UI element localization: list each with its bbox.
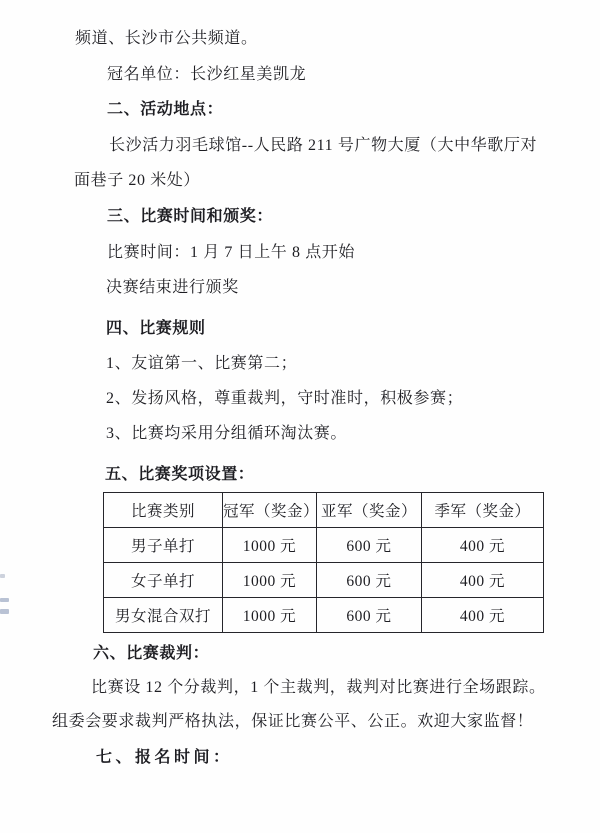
line-award-ceremony: 决赛结束进行颁奖: [106, 279, 239, 297]
prize-table-header-row: 比赛类别 冠军（奖金） 亚军（奖金） 季军（奖金）: [104, 493, 544, 528]
heading-time-awards: 三、比赛时间和颁奖：: [107, 208, 273, 226]
heading-referees: 六、比赛裁判：: [93, 645, 209, 663]
line-rule-1: 1、友谊第一、比赛第二；: [106, 355, 297, 373]
heading-registration-time: 七、报名时间：: [96, 749, 233, 767]
table-row: 女子单打 1000 元 600 元 400 元: [104, 563, 544, 598]
line-venue-2: 面巷子 20 米处）: [74, 172, 200, 190]
table-cell: 400 元: [422, 598, 544, 633]
table-cell: 1000 元: [223, 598, 317, 633]
table-cell: 男子单打: [104, 528, 223, 563]
table-header-cell: 冠军（奖金）: [223, 493, 317, 528]
heading-prizes: 五、比赛奖项设置：: [105, 466, 254, 484]
table-row: 男女混合双打 1000 元 600 元 400 元: [104, 598, 544, 633]
table-cell: 1000 元: [223, 528, 317, 563]
line-channel: 频道、长沙市公共频道。: [75, 30, 258, 48]
line-match-time: 比赛时间：1 月 7 日上午 8 点开始: [107, 244, 355, 262]
table-header-cell: 比赛类别: [104, 493, 223, 528]
scan-artifact: [0, 609, 9, 614]
scanned-document-page: 频道、长沙市公共频道。 冠名单位：长沙红星美凯龙 二、活动地点： 长沙活力羽毛球…: [0, 0, 600, 833]
table-cell: 600 元: [317, 528, 422, 563]
heading-venue: 二、活动地点：: [107, 101, 223, 119]
heading-rules: 四、比赛规则: [106, 320, 206, 338]
scan-artifact: [0, 598, 9, 602]
table-header-cell: 季军（奖金）: [422, 493, 544, 528]
table-cell: 1000 元: [223, 563, 317, 598]
table-cell: 600 元: [317, 563, 422, 598]
scan-artifact: [0, 574, 5, 578]
table-cell: 400 元: [422, 528, 544, 563]
table-cell: 400 元: [422, 563, 544, 598]
table-cell: 女子单打: [104, 563, 223, 598]
table-row: 男子单打 1000 元 600 元 400 元: [104, 528, 544, 563]
line-sponsor: 冠名单位：长沙红星美凯龙: [107, 66, 306, 84]
line-venue-1: 长沙活力羽毛球馆--人民路 211 号广物大厦（大中华歌厅对: [109, 137, 537, 155]
line-referee-2: 组委会要求裁判严格执法，保证比赛公平、公正。欢迎大家监督！: [52, 713, 533, 731]
table-header-cell: 亚军（奖金）: [317, 493, 422, 528]
table-cell: 男女混合双打: [104, 598, 223, 633]
table-cell: 600 元: [317, 598, 422, 633]
prize-table: 比赛类别 冠军（奖金） 亚军（奖金） 季军（奖金） 男子单打 1000 元 60…: [103, 492, 544, 633]
line-rule-2: 2、发扬风格，尊重裁判，守时准时，积极参赛；: [106, 390, 463, 408]
line-rule-3: 3、比赛均采用分组循环淘汰赛。: [106, 425, 347, 443]
line-referee-1: 比赛设 12 个分裁判，1 个主裁判，裁判对比赛进行全场跟踪。: [91, 679, 546, 697]
